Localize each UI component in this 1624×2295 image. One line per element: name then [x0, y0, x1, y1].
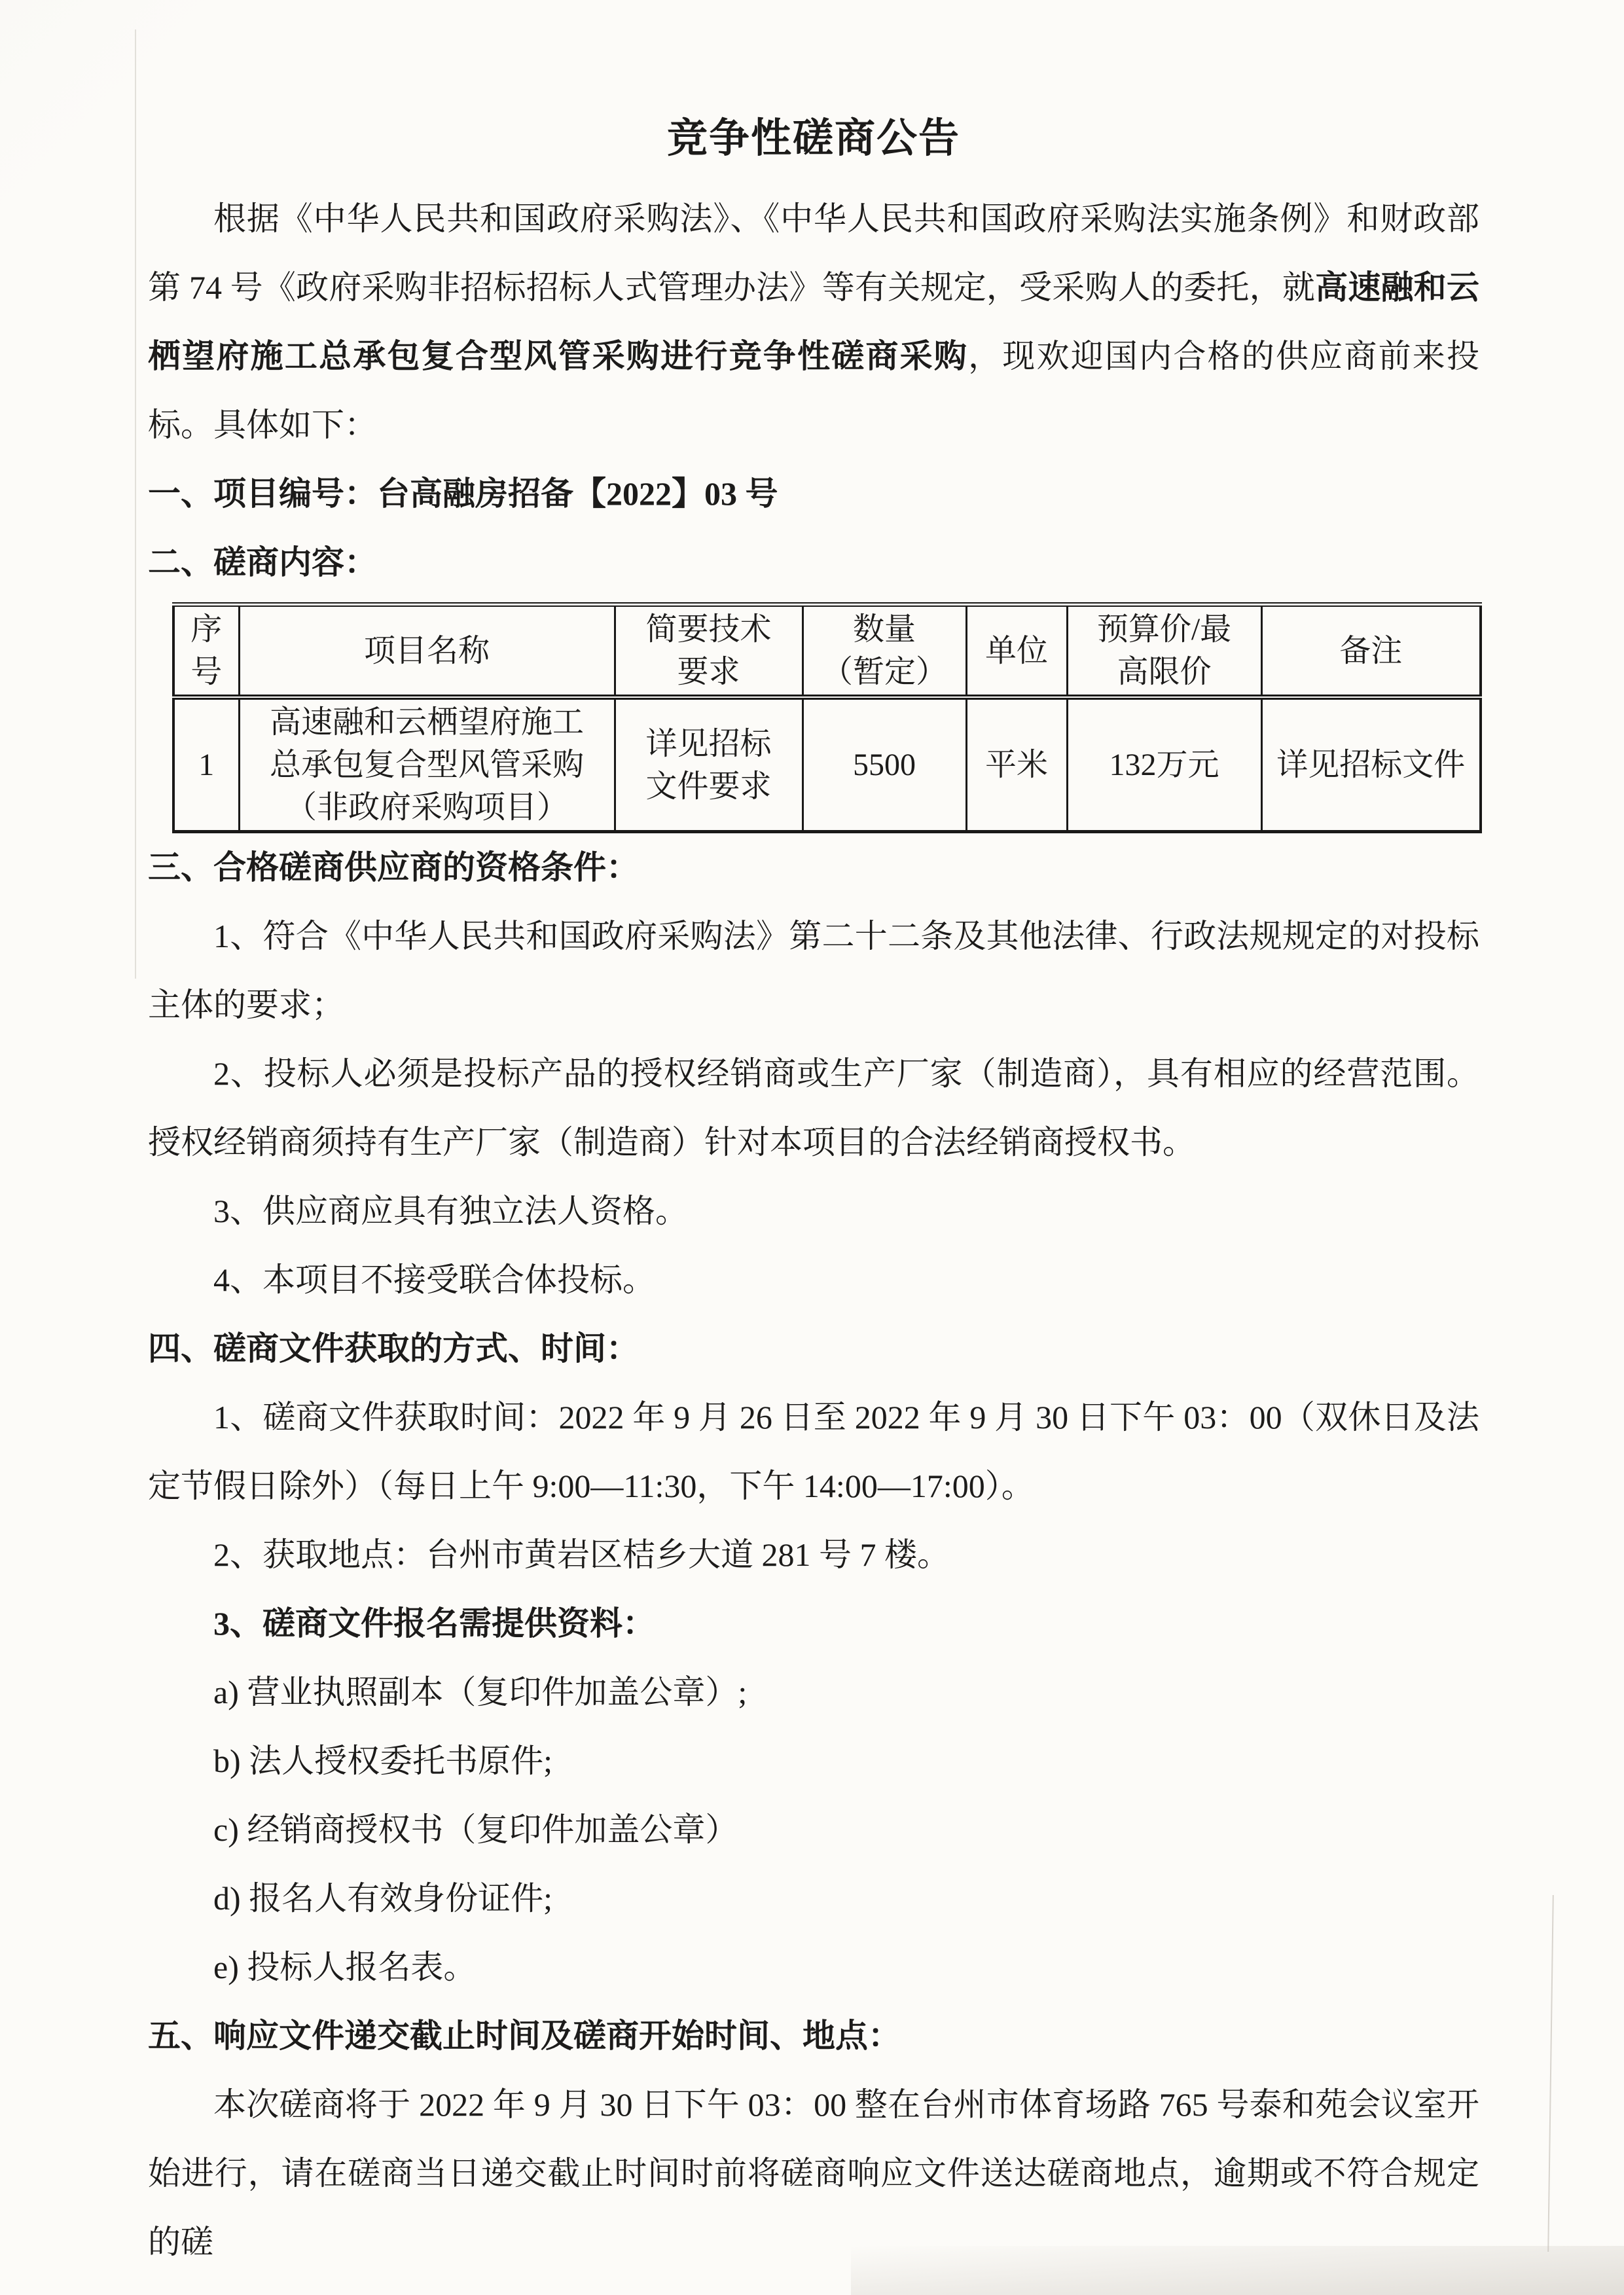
acquisition-time-item: 1、磋商文件获取时间：2022 年 9 月 26 日至 2022 年 9 月 3…	[148, 1383, 1479, 1521]
acquisition-location-item: 2、获取地点：台州市黄岩区桔乡大道 281 号 7 楼。	[148, 1521, 1479, 1589]
material-item-b: b) 法人授权委托书原件;	[148, 1727, 1479, 1796]
document-content: 竞争性磋商公告 根据《中华人民共和国政府采购法》、《中华人民共和国政府采购法实施…	[148, 108, 1479, 2277]
section1-heading-project-number: 一、项目编号：台高融房招备【2022】03 号	[148, 460, 1479, 528]
table-header-budget-price: 预算价/最 高限价	[1067, 605, 1261, 698]
material-item-c: c) 经销商授权书（复印件加盖公章）	[148, 1796, 1479, 1864]
section4-heading-document-acquisition: 四、磋商文件获取的方式、时间：	[148, 1314, 1479, 1383]
table-cell-serial-number: 1	[173, 697, 239, 832]
closing-paragraph: 本次磋商将于 2022 年 9 月 30 日下午 03：00 整在台州市体育场路…	[148, 2070, 1479, 2277]
scanned-page: 竞争性磋商公告 根据《中华人民共和国政府采购法》、《中华人民共和国政府采购法实施…	[0, 0, 1624, 2295]
scan-artifact-left-line	[135, 29, 136, 979]
qualification-item-3: 3、供应商应具有独立法人资格。	[148, 1177, 1479, 1246]
intro-paragraph: 根据《中华人民共和国政府采购法》、《中华人民共和国政府采购法实施条例》和财政部第…	[148, 185, 1479, 460]
table-row: 1 高速融和云栖望府施工 总承包复合型风管采购 （非政府采购项目） 详见招标 文…	[173, 697, 1481, 832]
section2-heading-negotiation-content: 二、磋商内容：	[148, 528, 1479, 597]
registration-materials-heading: 3、磋商文件报名需提供资料：	[148, 1589, 1479, 1658]
table-header-technical-requirements: 简要技术 要求	[615, 605, 803, 698]
material-item-e: e) 投标人报名表。	[148, 1933, 1479, 2002]
material-item-d: d) 报名人有效身份证件;	[148, 1864, 1479, 1933]
table-header-remarks: 备注	[1261, 605, 1481, 698]
table-cell-unit: 平米	[966, 697, 1067, 832]
negotiation-items-table: 序 号 项目名称 简要技术 要求 数量 （暂定） 单位 预算价/最 高限价 备注…	[172, 602, 1482, 833]
qualification-item-1: 1、符合《中华人民共和国政府采购法》第二十二条及其他法律、行政法规规定的对投标主…	[148, 902, 1479, 1039]
material-item-a: a) 营业执照副本（复印件加盖公章）;	[148, 1658, 1479, 1727]
table-header-row: 序 号 项目名称 简要技术 要求 数量 （暂定） 单位 预算价/最 高限价 备注	[173, 605, 1481, 698]
table-header-quantity: 数量 （暂定）	[803, 605, 966, 698]
table-cell-quantity: 5500	[803, 697, 966, 832]
qualification-item-4: 4、本项目不接受联合体投标。	[148, 1246, 1479, 1314]
table-cell-budget-price: 132万元	[1067, 697, 1261, 832]
table-header-unit: 单位	[966, 605, 1067, 698]
table-cell-technical-requirements: 详见招标 文件要求	[615, 697, 803, 832]
intro-text-pre: 根据《中华人民共和国政府采购法》、《中华人民共和国政府采购法实施条例》和财政部第…	[148, 200, 1479, 306]
table-cell-remarks: 详见招标文件	[1261, 697, 1481, 832]
table-cell-project-name: 高速融和云栖望府施工 总承包复合型风管采购 （非政府采购项目）	[239, 697, 615, 832]
section5-heading-deadline: 五、响应文件递交截止时间及磋商开始时间、地点：	[148, 2002, 1479, 2070]
table-header-project-name: 项目名称	[239, 605, 615, 698]
table-header-serial-number: 序 号	[173, 605, 239, 698]
page-title: 竞争性磋商公告	[148, 108, 1479, 170]
scan-artifact-right-line	[1547, 1895, 1554, 2252]
qualification-item-2: 2、投标人必须是投标产品的授权经销商或生产厂家（制造商），具有相应的经营范围。授…	[148, 1039, 1479, 1177]
section3-heading-qualification: 三、合格磋商供应商的资格条件：	[148, 833, 1479, 902]
